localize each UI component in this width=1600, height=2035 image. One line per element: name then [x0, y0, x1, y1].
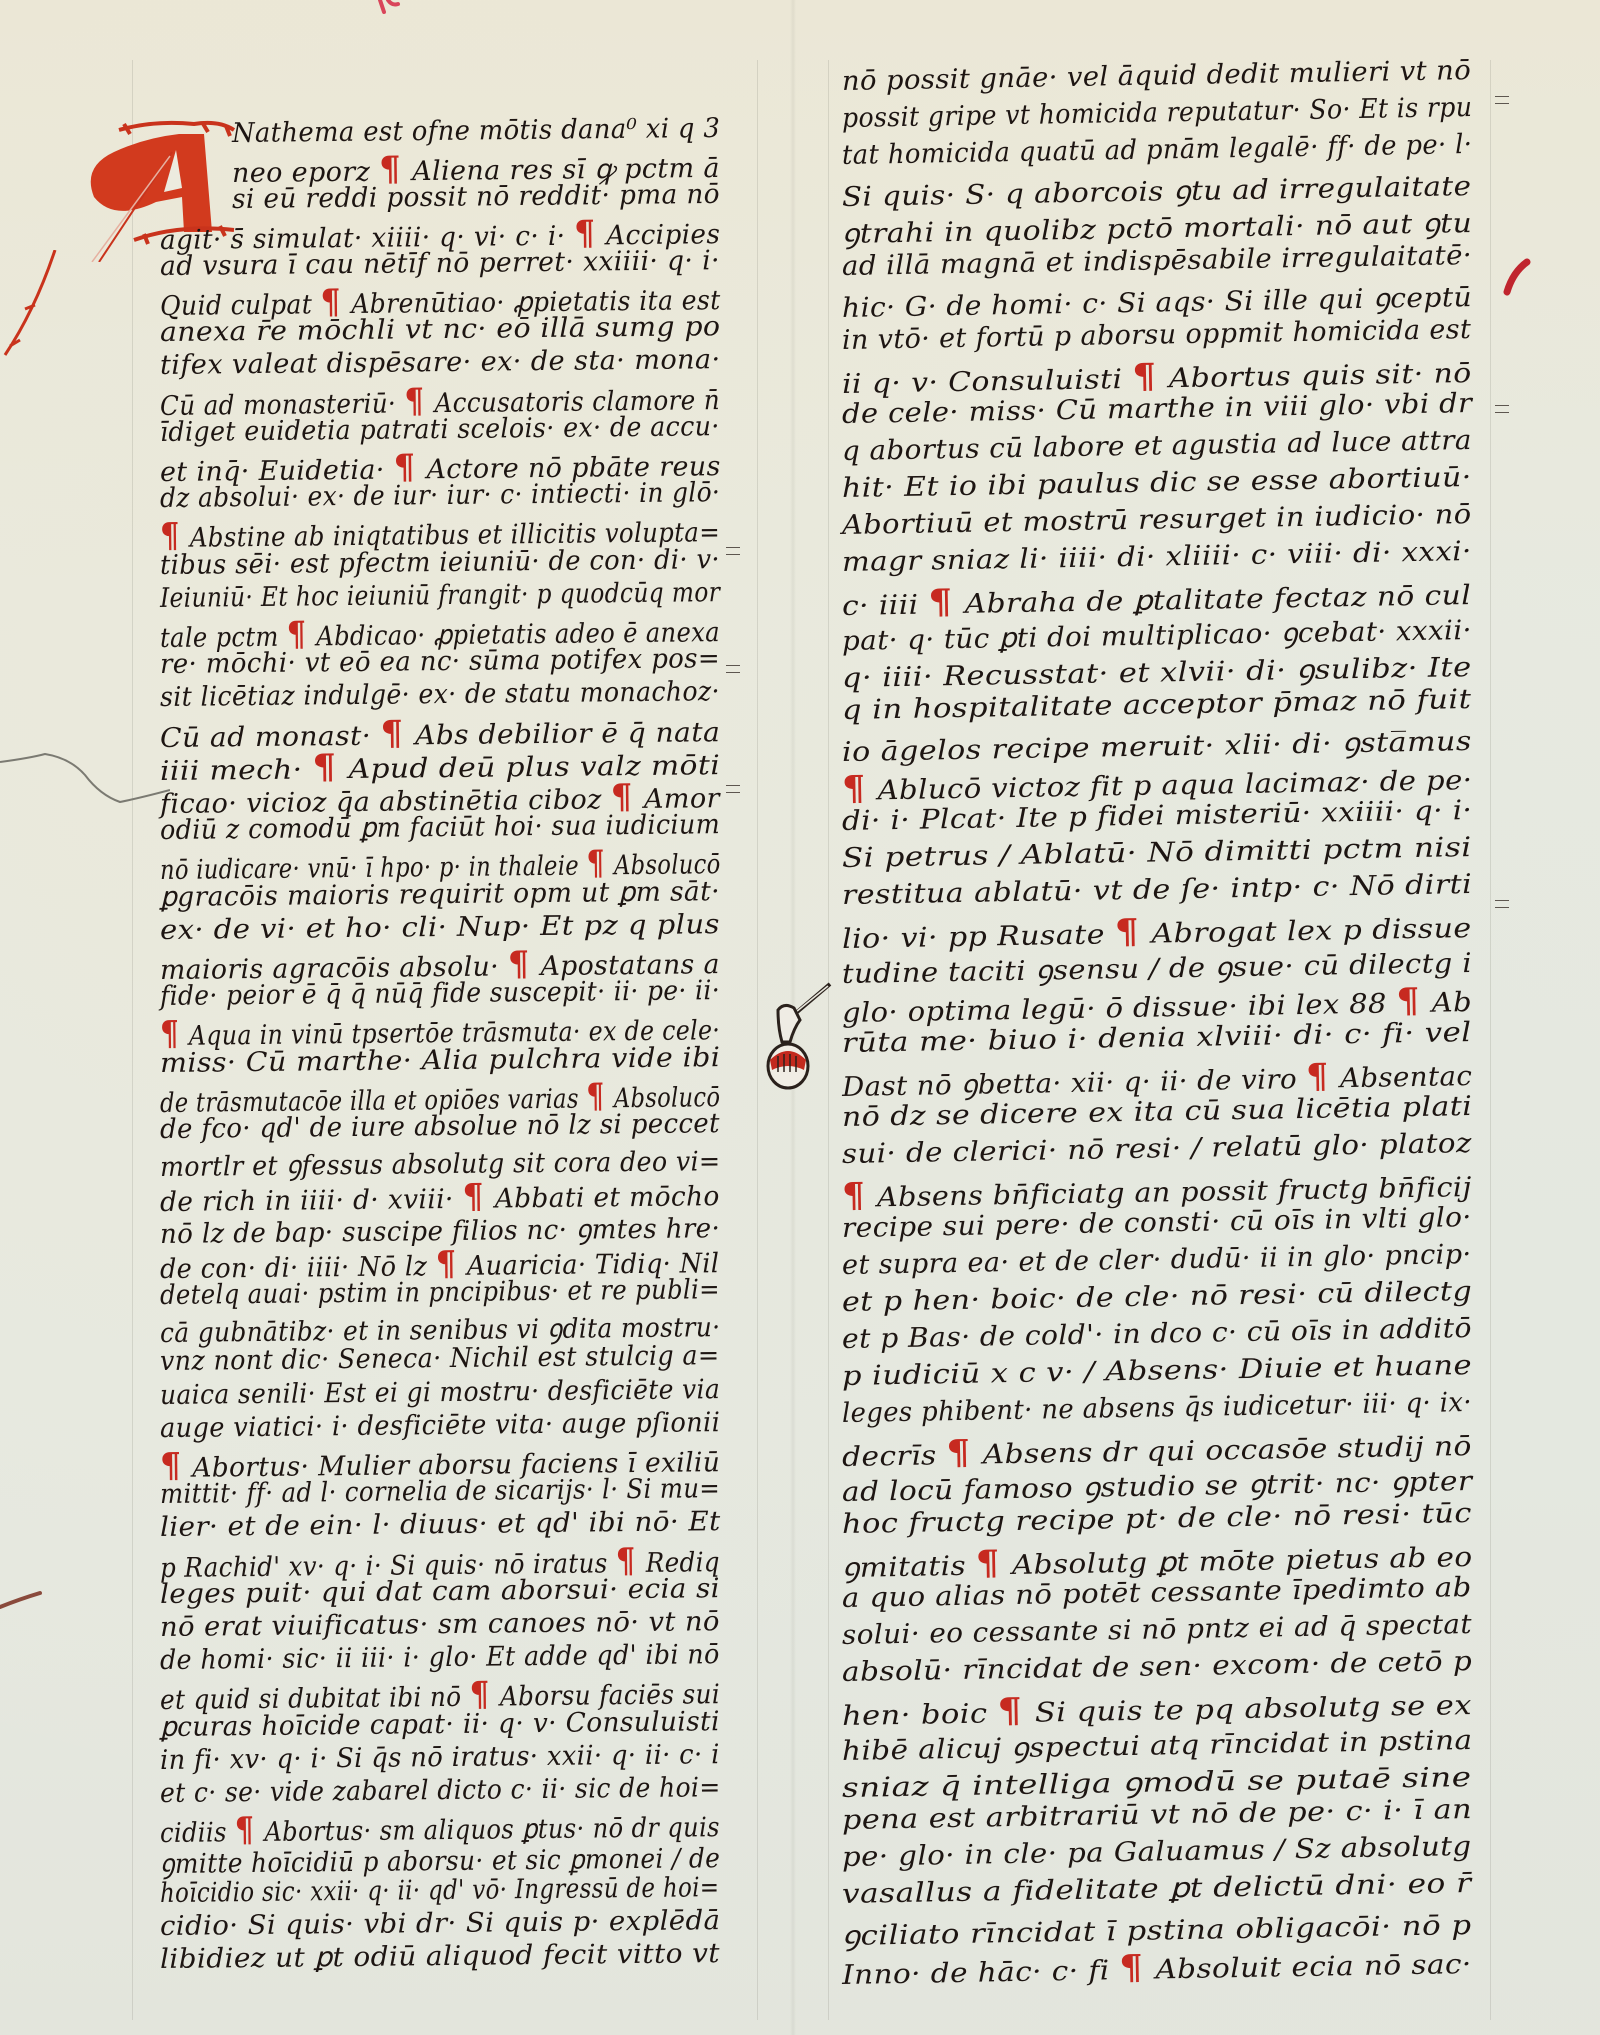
left-column-line: miss· Cū marthe· Alia pulchra vide ibi: [160, 1042, 721, 1079]
left-column-line: ex· de vi· et ho· cli· Nup· Et pz q plus: [160, 909, 720, 946]
left-column-line: Ieiuniū· Et hoc ieiuniū frangit· p quodc…: [160, 577, 720, 614]
left-column-line: uaica senili· Est ei gi mostru· desficiē…: [160, 1374, 720, 1411]
manuscript-text: tifex valeat dispēsare· ex· de sta· mona…: [160, 345, 721, 382]
pilcrow-paragraph-mark-icon: ¶: [842, 769, 866, 809]
red-ink-mark: [370, 0, 406, 14]
left-column-line: mittit· ff· ad l· cornelia de sicarijs· …: [160, 1473, 720, 1510]
manuscript-text: de homi· sic· ii iii· i· glo· Et adde qd…: [160, 1639, 720, 1676]
manuscript-text: mittit· ff· ad l· cornelia de sicarijs· …: [160, 1473, 720, 1510]
manuscript-text: uaica senili· Est ei gi mostru· desficiē…: [160, 1374, 720, 1411]
left-column-line: dz absolui· ex· de iur· iur· c· intiecti…: [160, 477, 721, 514]
right-column-line: et supra ea· et de cler· dudū· ii in glo…: [842, 1239, 1472, 1281]
left-column-line: de homi· sic· ii iii· i· glo· Et adde qd…: [160, 1639, 720, 1676]
manuscript-text: ad vsura ī cau nētīf nō perret· xxiiii· …: [160, 245, 720, 282]
manuscript-text: fide· peior ē q̄ q̄ nūq̄ fide suscepit· …: [160, 975, 720, 1012]
left-column-line: de fco· qd' de iure absolue nō lz si pec…: [160, 1108, 720, 1145]
manuscript-text: leges puit· qui dat cam aborsui· ecia si: [160, 1573, 720, 1610]
left-column-line: ꝑcuras hoīcide capat· ii· q· v· Consului…: [160, 1706, 720, 1743]
right-column-line: pe· glo· in cle· pa Galuamus / Sz absolu…: [842, 1831, 1472, 1873]
right-column-line: vasallus a fidelitate ꝑt delictū dni· eo…: [842, 1868, 1472, 1910]
initial-tail-flourish: [0, 250, 60, 360]
left-column-line: tibus sēi· est pfectm ieiuniū· de con· d…: [160, 544, 720, 581]
manuscript-text: Inno· de hāc· c· fi: [842, 1955, 1120, 1991]
pilcrow-paragraph-mark-icon: ¶: [842, 1176, 866, 1216]
manuscript-text: ꝑcuras hoīcide capat· ii· q· v· Consului…: [160, 1706, 720, 1743]
manuscript-text: vasallus a fidelitate ꝑt delictū dni· eo…: [842, 1868, 1472, 1910]
right-column-line: et p hen· boic· de cle· nō resi· cū dile…: [842, 1276, 1473, 1318]
line-hyphen-mark: [1495, 96, 1509, 104]
manuscript-page: Nathema est ofne mōtis dana⁰ xi q 3neo e…: [0, 0, 1600, 2035]
line-hyphen-mark: [1495, 405, 1509, 413]
left-column-line: anexa r̄e mōchli vt nc· eō illā sumg po: [160, 311, 721, 348]
ruling-line: [757, 60, 758, 2020]
right-column-line: restitua ablatū· vt de ſe· intp· c· Nō d…: [842, 869, 1473, 911]
manuscript-text: q abortus cū labore et agustia ad luce a…: [842, 425, 1472, 467]
manuscript-text: Ieiuniū· Et hoc ieiuniū frangit· p quodc…: [160, 577, 720, 614]
right-column-line: sui· de clerici· nō resi· / relatū glo· …: [842, 1128, 1472, 1170]
ruling-line: [132, 60, 133, 2020]
pilcrow-paragraph-mark-icon: ¶: [1114, 912, 1139, 952]
manuscript-text: anexa r̄e mōchli vt nc· eō illā sumg po: [160, 311, 721, 348]
manuscript-text: solui· eo cessante si nō pntz ei ad q̄ s…: [842, 1609, 1473, 1651]
manuscript-text: absolū· rīncidat de sen· excom· de cetō …: [842, 1646, 1473, 1688]
left-column-line: ꝑgracōis maioris requirit opm ut ꝑm sāt·: [160, 876, 720, 913]
manuscript-text: vnz nont dic· Seneca· Nichil est stulcig…: [160, 1341, 720, 1378]
manuscript-text: odiū z comodū ꝑm faciūt hoi· sua iudiciu…: [160, 809, 720, 846]
manuscript-text: sui· de clerici· nō resi· / relatū glo· …: [842, 1128, 1472, 1170]
pilcrow-paragraph-mark-icon: ¶: [997, 1691, 1023, 1731]
right-column-line: absolū· rīncidat de sen· excom· de cetō …: [842, 1646, 1473, 1688]
left-column-line: in fi· xv· q· i· Si q̄s nō iratus· xxii·…: [160, 1739, 720, 1776]
manuscript-text: īdiget euidetia patrati scelois· ex· de …: [160, 411, 720, 448]
right-column-line: Si petrus / Ablatū· Nō dimitti pctm nisi: [842, 832, 1472, 874]
manuscript-text: et c· se· vide zabarel dicto c· ii· sic …: [160, 1772, 721, 1809]
manuscript-text: in fi· xv· q· i· Si q̄s nō iratus· xxii·…: [160, 1739, 720, 1776]
manuscript-text: cidio· Si quis· vbi dr· Si quis p· explē…: [160, 1905, 721, 1942]
left-column-line: libidiez ut ꝑt odiū aliquod fecit vitto …: [160, 1938, 720, 1975]
manuscript-text: hen· boic: [842, 1698, 998, 1732]
pilcrow-paragraph-mark-icon: ¶: [1119, 1948, 1144, 1988]
manuscript-text: Abortiuū et mostrū resurget in iudicio· …: [842, 499, 1472, 541]
left-column-line: detelq auai· pstim in pncipibus· et re p…: [160, 1274, 720, 1311]
left-column-line: hoīcidio sic· xxii· q· ii· qd' vō· Ingre…: [160, 1872, 720, 1909]
manuscript-text: et p Bas· de cold'· in dco c· cū oīs in …: [842, 1313, 1472, 1355]
parchment-crack: [0, 740, 170, 820]
manuscript-text: leges phibent· ne absens q̄s iudicetur· …: [842, 1387, 1472, 1429]
left-column-line: odiū z comodū ꝑm faciūt hoi· sua iudiciu…: [160, 809, 720, 846]
left-column-line: lier· et de ein· l· diuus· et qd' ibi nō…: [160, 1507, 721, 1544]
manuscript-text: tibus sēi· est pfectm ieiuniū· de con· d…: [160, 544, 720, 581]
left-column-line: et c· se· vide zabarel dicto c· ii· sic …: [160, 1772, 721, 1809]
right-column-line: magr sniaz li· iiii· di· xliiii· c· viii…: [842, 536, 1472, 578]
line-hyphen-mark: [726, 547, 740, 555]
manuscript-text: re· mōchi· vt eō ea nc· sūma potifex pos…: [160, 643, 720, 680]
manuscript-text: dz absolui· ex· de iur· iur· c· intiecti…: [160, 477, 721, 514]
pilcrow-paragraph-mark-icon: ¶: [1132, 357, 1157, 397]
manuscript-text: Absoluit ecia nō sac·: [1145, 1949, 1472, 1986]
left-column-line: īdiget euidetia patrati scelois· ex· de …: [160, 411, 720, 448]
right-column-line: p iudiciū x c v· / Absens· Diuie et huan…: [842, 1350, 1473, 1392]
right-column-line: et p Bas· de cold'· in dco c· cū oīs in …: [842, 1313, 1472, 1355]
pilcrow-paragraph-mark-icon: ¶: [1306, 1057, 1329, 1097]
edge-ink-mark: [0, 1585, 44, 1615]
manuscript-text: libidiez ut ꝑt odiū aliquod fecit vitto …: [160, 1938, 720, 1975]
left-column-line: sit licētiaz indulgē· ex· de statu monac…: [160, 677, 720, 714]
hand-quill-inkpot-icon: [760, 980, 832, 1090]
manuscript-text: Absentac: [1331, 1061, 1473, 1094]
left-column-line: vnz nont dic· Seneca· Nichil est stulcig…: [160, 1341, 720, 1378]
manuscript-text: auge viatici· i· desficiēte vita· auge p…: [160, 1407, 721, 1444]
manuscript-text: nō erat viuificatus· sm canoes nō· vt nō: [160, 1606, 720, 1643]
right-column-line: Abortiuū et mostrū resurget in iudicio· …: [842, 499, 1472, 541]
manuscript-text: si eū reddi possit nō reddit· pma nō: [232, 179, 720, 215]
manuscript-text: magr sniaz li· iiii· di· xliiii· c· viii…: [842, 536, 1472, 578]
line-hyphen-mark: [1495, 900, 1509, 908]
manuscript-text: ex· de vi· et ho· cli· Nup· Et pz q plus: [160, 909, 720, 946]
manuscript-text: Si petrus / Ablatū· Nō dimitti pctm nisi: [842, 832, 1472, 874]
manuscript-text: decrīs: [842, 1440, 947, 1473]
line-hyphen-mark: [726, 665, 740, 673]
manuscript-text: de fco· qd' de iure absolue nō lz si pec…: [160, 1108, 720, 1145]
manuscript-text: nō possit gnāe· vel āquid dedit mulieri …: [842, 55, 1472, 97]
ruling-line: [1490, 60, 1491, 2020]
manuscript-text: et p hen· boic· de cle· nō resi· cū dile…: [842, 1276, 1473, 1318]
pilcrow-paragraph-mark-icon: ¶: [1396, 981, 1420, 1021]
manuscript-text: lier· et de ein· l· diuus· et qd' ibi nō…: [160, 1507, 721, 1544]
manuscript-text: hit· Et io ibi paulus dic se esse aborti…: [842, 462, 1472, 504]
right-column-line: possit gripe vt homicida reputatur· So· …: [842, 92, 1473, 134]
left-column-line: tifex valeat dispēsare· ex· de sta· mona…: [160, 345, 721, 382]
manuscript-text: Ab: [1422, 987, 1472, 1019]
left-column-line: ad vsura ī cau nētīf nō perret· xxiiii· …: [160, 245, 720, 282]
right-column-line: q abortus cū labore et agustia ad luce a…: [842, 425, 1472, 467]
manuscript-text: p iudiciū x c v· / Absens· Diuie et huan…: [842, 1350, 1473, 1392]
right-column-line: leges phibent· ne absens q̄s iudicetur· …: [842, 1387, 1472, 1429]
pilcrow-paragraph-mark-icon: ¶: [928, 582, 953, 622]
line-hyphen-mark: [726, 785, 740, 793]
left-column-line: cidio· Si quis· vbi dr· Si quis p· explē…: [160, 1905, 721, 1942]
left-column-line: nō erat viuificatus· sm canoes nō· vt nō: [160, 1606, 720, 1643]
right-column-line: tat homicida quatū ad pnām legalē· ff· d…: [842, 129, 1473, 171]
manuscript-text: detelq auai· pstim in pncipibus· et re p…: [160, 1274, 720, 1311]
left-column-line: leges puit· qui dat cam aborsui· ecia si: [160, 1573, 720, 1610]
left-column-line: si eū reddi possit nō reddit· pma nō: [232, 179, 720, 215]
manuscript-text: miss· Cū marthe· Alia pulchra vide ibi: [160, 1042, 721, 1079]
left-column-line: Nathema est ofne mōtis dana⁰ xi q 3: [232, 113, 721, 149]
manuscript-text: ꝑgracōis maioris requirit opm ut ꝑm sāt·: [160, 876, 720, 913]
manuscript-text: Nathema est ofne mōtis dana⁰ xi q 3: [232, 113, 721, 149]
manuscript-text: ꝯmitatis: [842, 1551, 976, 1584]
manuscript-text: c· iiii: [842, 589, 929, 622]
left-column-line: re· mōchi· vt eō ea nc· sūma potifex pos…: [160, 643, 720, 680]
manuscript-text: pe· glo· in cle· pa Galuamus / Sz absolu…: [842, 1831, 1472, 1873]
pilcrow-paragraph-mark-icon: ¶: [975, 1543, 1000, 1583]
red-ink-mark: [1497, 258, 1537, 298]
manuscript-text: et supra ea· et de cler· dudū· ii in glo…: [842, 1239, 1472, 1281]
manuscript-text: possit gripe vt homicida reputatur· So· …: [842, 92, 1473, 134]
manuscript-text: sit licētiaz indulgē· ex· de statu monac…: [160, 677, 720, 714]
manuscript-text: tat homicida quatū ad pnām legalē· ff· d…: [842, 129, 1473, 171]
right-column-line: nō possit gnāe· vel āquid dedit mulieri …: [842, 55, 1472, 97]
left-column-line: fide· peior ē q̄ q̄ nūq̄ fide suscepit· …: [160, 975, 720, 1012]
manuscript-text: hoīcidio sic· xxii· q· ii· qd' vō· Ingre…: [160, 1872, 720, 1909]
pilcrow-paragraph-mark-icon: ¶: [946, 1433, 971, 1473]
right-column-line: hit· Et io ibi paulus dic se esse aborti…: [842, 462, 1472, 504]
right-column-line: solui· eo cessante si nō pntz ei ad q̄ s…: [842, 1609, 1473, 1651]
manuscript-text: restitua ablatū· vt de ſe· intp· c· Nō d…: [842, 869, 1473, 911]
left-column-line: auge viatici· i· desficiēte vita· auge p…: [160, 1407, 721, 1444]
